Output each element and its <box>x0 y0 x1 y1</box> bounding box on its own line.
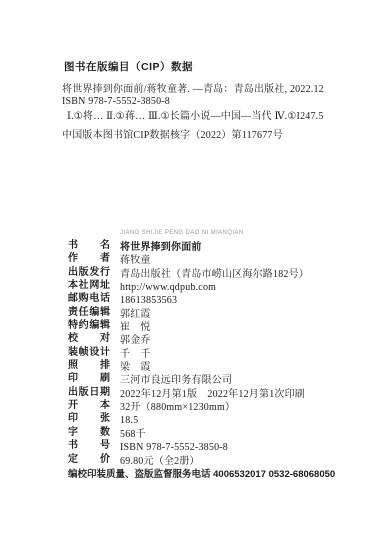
row-value: 568千 <box>120 429 146 440</box>
row-value: 青岛出版社（青岛市崂山区海尔路182号） <box>120 269 309 280</box>
row-label: 印刷 <box>68 372 110 385</box>
row-value: 2022年12月第1版 2022年12月第1次印刷 <box>120 389 305 400</box>
service-hotline: 编校印装质量、盗版监督服务电话 4006532017 0532-68068050 <box>68 469 359 480</box>
row-value: http://www.qdpub.com <box>120 282 216 293</box>
row-value: 18.5 <box>120 415 138 426</box>
row-label: 定价 <box>68 453 110 466</box>
row-label: 特约编辑 <box>68 319 110 332</box>
row-value: 蒋牧童 <box>120 255 151 266</box>
row-value: 69.80元（全2册） <box>120 456 200 467</box>
row-label: 装帧设计 <box>68 346 110 359</box>
table-row: 作者蒋牧童 <box>68 252 359 265</box>
table-row: 邮购电话18613853563 <box>68 292 359 305</box>
colophon-table: 书名将世界捧到你面前作者蒋牧童出版发行青岛出版社（青岛市崂山区海尔路182号）本… <box>68 239 359 466</box>
row-label: 校对 <box>68 332 110 345</box>
row-value: 梁 霞 <box>120 362 151 373</box>
row-label: 责任编辑 <box>68 306 110 319</box>
table-row: 责任编辑郭红霞 <box>68 306 359 319</box>
row-value: 将世界捧到你面前 <box>120 242 202 253</box>
row-label: 出版日期 <box>68 386 110 399</box>
table-row: 字数568千 <box>68 426 359 439</box>
cip-isbn-line: ISBN 978-7-5552-3850-8 <box>62 96 347 108</box>
table-row: 装帧设计千 千 <box>68 346 359 359</box>
row-value: 郭红霞 <box>120 309 151 320</box>
row-value: 32开（880mm×1230mm） <box>120 402 235 413</box>
cip-record-number-line: 中国版本图书馆CIP数据核字（2022）第117677号 <box>62 130 347 142</box>
cip-data-block: 图书在版编目（CIP）数据 将世界捧到你面前/蒋牧童著. —青岛：青岛出版社, … <box>62 62 347 141</box>
row-label: 本社网址 <box>68 279 110 292</box>
row-label: 书号 <box>68 439 110 452</box>
table-row: 本社网址http://www.qdpub.com <box>68 279 359 292</box>
table-row: 书号ISBN 978-7-5552-3850-8 <box>68 439 359 452</box>
row-label: 作者 <box>68 252 110 265</box>
table-row: 特约编辑崔 悦 <box>68 319 359 332</box>
row-label: 开本 <box>68 399 110 412</box>
table-row: 出版日期2022年12月第1版 2022年12月第1次印刷 <box>68 386 359 399</box>
row-value: ISBN 978-7-5552-3850-8 <box>120 442 228 453</box>
pinyin-title: JIANG SHIJIE PENG DAO NI MIANQIAN <box>120 229 359 237</box>
row-value: 三河市良远印务有限公司 <box>120 375 232 386</box>
cip-classification-line: Ⅰ.①将… Ⅱ.①蒋… Ⅲ.①长篇小说—中国—当代 Ⅳ.①I247.5 <box>62 111 347 123</box>
row-label: 字数 <box>68 426 110 439</box>
table-row: 照排梁 霞 <box>68 359 359 372</box>
table-row: 出版发行青岛出版社（青岛市崂山区海尔路182号） <box>68 266 359 279</box>
row-label: 印张 <box>68 412 110 425</box>
table-row: 校对郭金乔 <box>68 332 359 345</box>
cip-citation-line: 将世界捧到你面前/蒋牧童著. —青岛：青岛出版社, 2022.12 <box>62 84 347 96</box>
table-row: 开本32开（880mm×1230mm） <box>68 399 359 412</box>
colophon-block: JIANG SHIJIE PENG DAO NI MIANQIAN 书名将世界捧… <box>68 229 359 480</box>
row-value: 千 千 <box>120 349 151 360</box>
row-value: 郭金乔 <box>120 335 151 346</box>
table-row: 印刷三河市良远印务有限公司 <box>68 372 359 385</box>
copyright-page: 图书在版编目（CIP）数据 将世界捧到你面前/蒋牧童著. —青岛：青岛出版社, … <box>0 0 375 543</box>
table-row: 印张18.5 <box>68 412 359 425</box>
row-label: 照排 <box>68 359 110 372</box>
row-label: 邮购电话 <box>68 292 110 305</box>
row-label: 书名 <box>68 239 110 252</box>
row-value: 崔 悦 <box>120 322 151 333</box>
table-row: 书名将世界捧到你面前 <box>68 239 359 252</box>
cip-heading: 图书在版编目（CIP）数据 <box>64 62 347 73</box>
row-label: 出版发行 <box>68 266 110 279</box>
row-value: 18613853563 <box>120 295 177 306</box>
table-row: 定价69.80元（全2册） <box>68 453 359 466</box>
